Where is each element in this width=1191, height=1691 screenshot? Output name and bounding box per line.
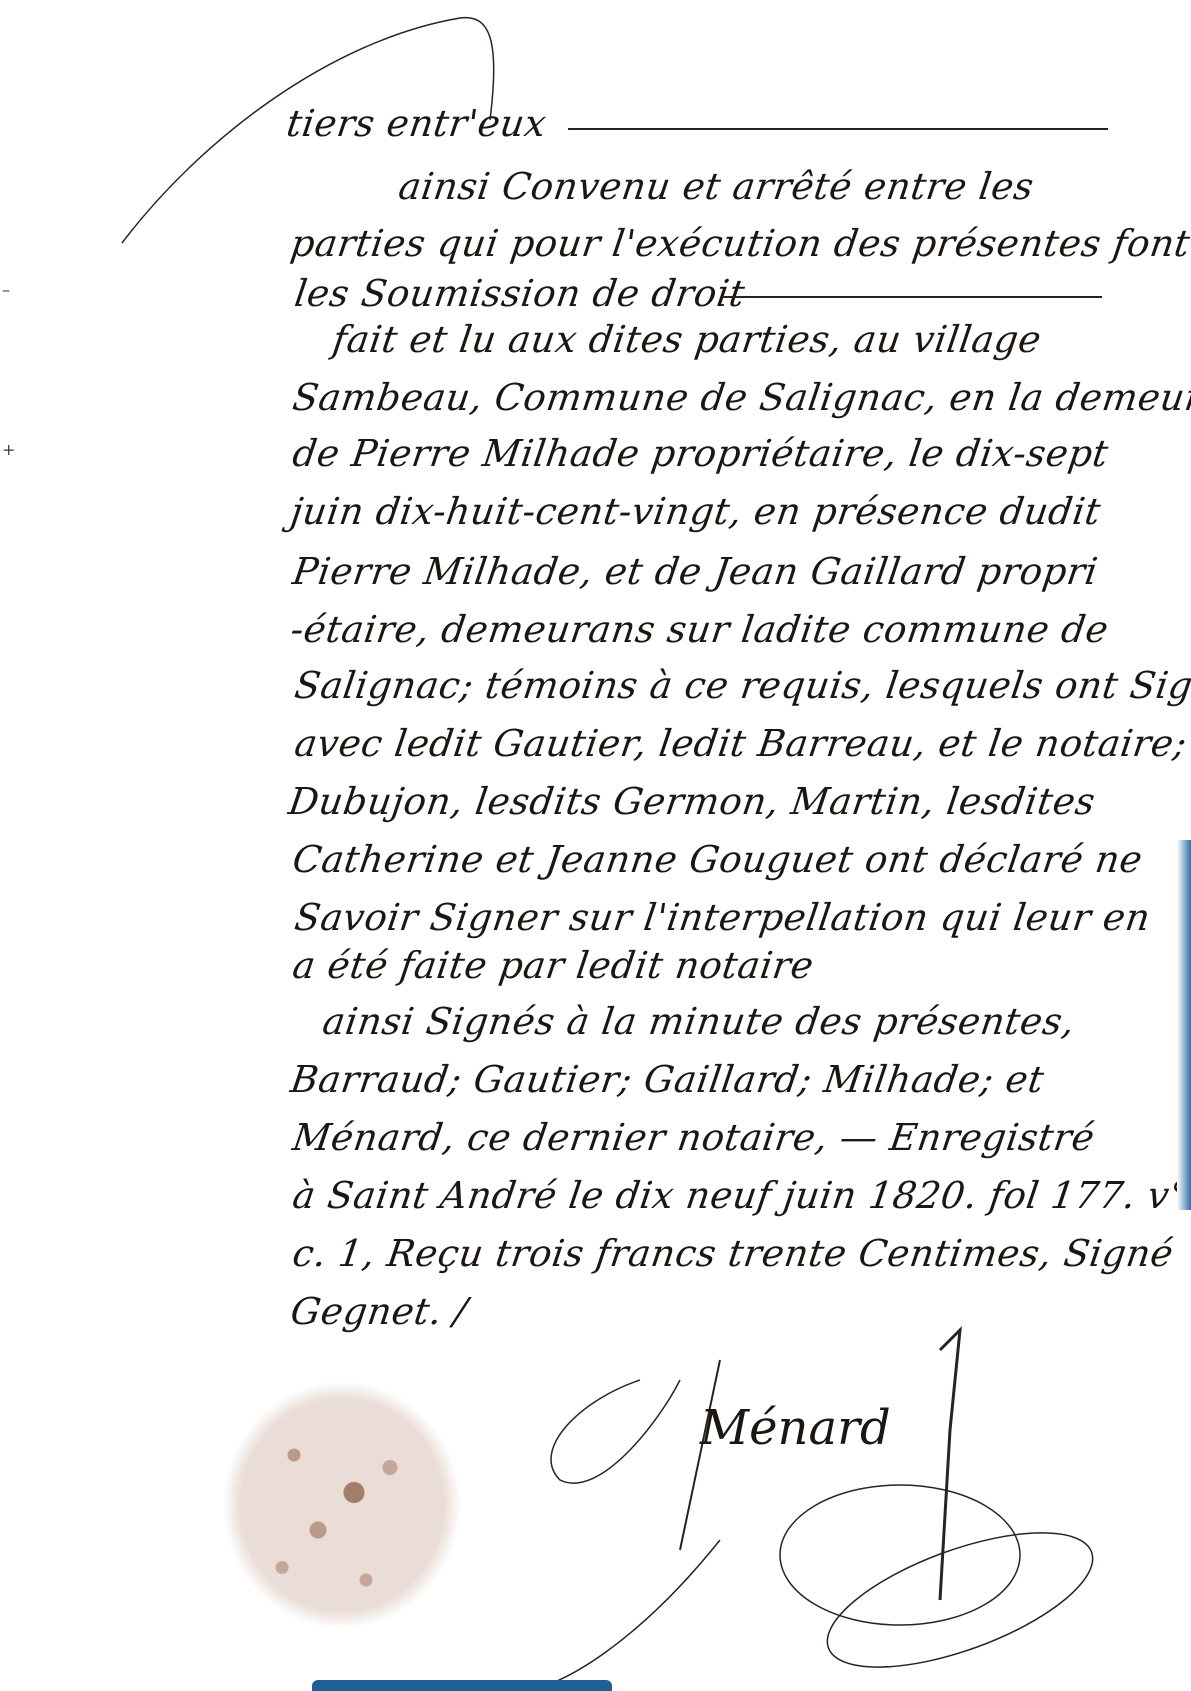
- text-line-5: fait et lu aux dites parties, au village: [330, 318, 1044, 361]
- text-line-21: c. 1, Reçu trois francs trente Centimes,…: [290, 1232, 1176, 1275]
- text-line-22: Gegnet. /: [288, 1290, 470, 1333]
- text-line-14: Catherine et Jeanne Gouguet ont déclaré …: [290, 838, 1145, 881]
- text-line-7: de Pierre Milhade propriétaire, le dix-s…: [290, 432, 1111, 475]
- margin-mark: +: [2, 440, 15, 459]
- scan-edge: [1177, 840, 1191, 1210]
- notary-signature: Ménard: [700, 1400, 891, 1456]
- text-line-18: Barraud; Gautier; Gaillard; Milhade; et: [288, 1058, 1047, 1101]
- text-line-1: tiers entr'eux: [284, 102, 549, 145]
- ink-seal-stamp: [222, 1380, 462, 1630]
- scan-edge-bottom: [312, 1680, 612, 1691]
- text-line-15: Savoir Signer sur l'interpellation qui l…: [292, 896, 1153, 939]
- text-line-6: Sambeau, Commune de Salignac, en la deme…: [290, 376, 1191, 419]
- text-line-4: les Soumission de droit: [292, 272, 748, 315]
- document-page: – + tiers entr'eux ainsi Convenu et arrê…: [0, 0, 1191, 1691]
- text-line-8: juin dix-huit-cent-vingt, en présence du…: [288, 490, 1104, 533]
- text-line-17: ainsi Signés à la minute des présentes,: [320, 1000, 1078, 1043]
- line-filler: [722, 296, 1102, 298]
- margin-mark: –: [2, 280, 10, 299]
- text-line-10: -étaire, demeurans sur ladite commune de: [288, 608, 1111, 651]
- text-line-2: ainsi Convenu et arrêté entre les: [396, 165, 1037, 208]
- text-line-20: à Saint André le dix neuf juin 1820. fol…: [290, 1174, 1191, 1217]
- text-line-13: Dubujon, lesdits Germon, Martin, lesdite…: [286, 780, 1098, 823]
- text-line-3: parties qui pour l'exécution des présent…: [288, 222, 1191, 265]
- text-line-9: Pierre Milhade, et de Jean Gaillard prop…: [290, 550, 1101, 593]
- text-line-12: avec ledit Gautier, ledit Barreau, et le…: [292, 722, 1190, 765]
- text-line-19: Ménard, ce dernier notaire, — Enregistré: [290, 1116, 1097, 1159]
- text-line-16: a été faite par ledit notaire: [290, 944, 816, 987]
- text-line-11: Salignac; témoins à ce requis, lesquels …: [292, 664, 1191, 707]
- line-filler: [568, 128, 1108, 130]
